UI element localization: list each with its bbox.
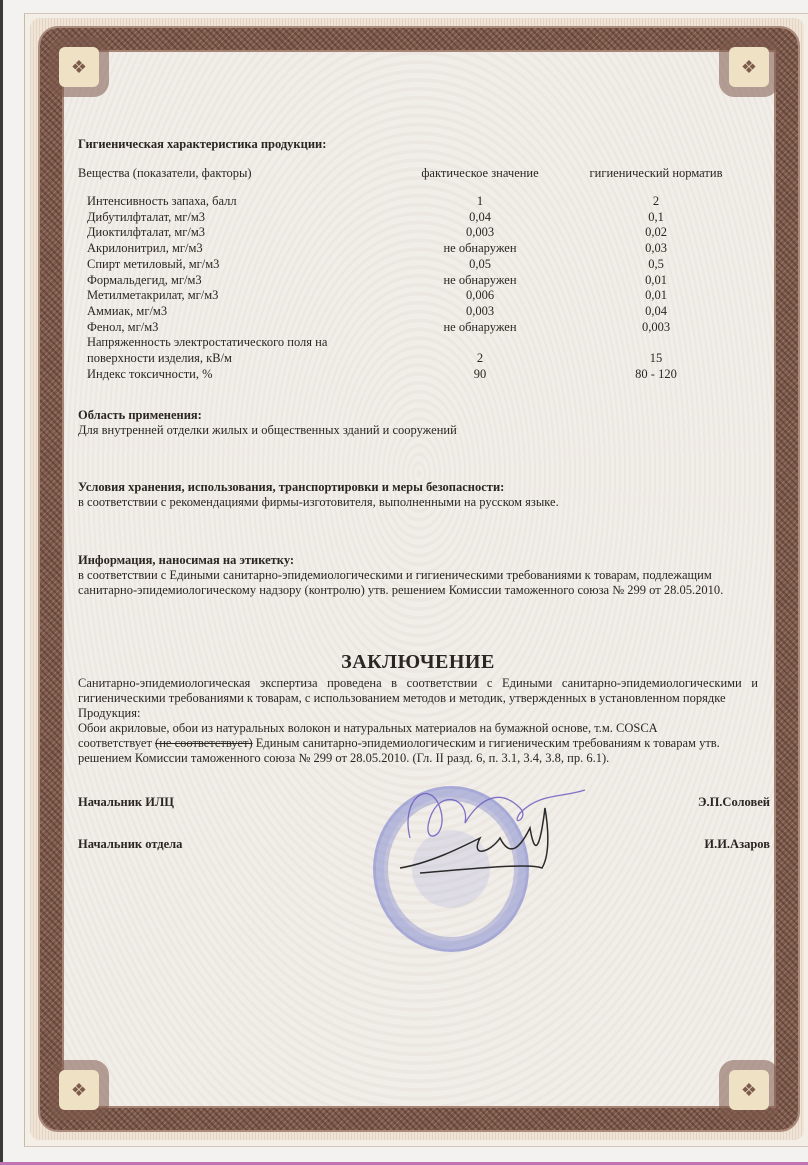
- signatory-role-2: Начальник отдела: [78, 837, 182, 851]
- rosette-ornament-icon: ❖: [741, 1081, 757, 1099]
- compliance-status: соответствует: [78, 736, 155, 750]
- norm-value-cell: 80 - 120: [576, 367, 736, 381]
- substance-cell: Напряженность электростатического поля н…: [87, 335, 327, 349]
- column-header-substance: Вещества (показатели, факторы): [78, 166, 252, 180]
- substance-cell: Индекс токсичности, %: [87, 367, 213, 381]
- application-title: Область применения:: [78, 408, 202, 422]
- table-row: Спирт метиловый, мг/м30,050,5: [78, 257, 758, 272]
- conclusion-line-6: решением Комиссии таможенного союза № 29…: [78, 751, 609, 765]
- column-header-actual: фактическое значение: [400, 166, 560, 180]
- norm-value-cell: 15: [576, 351, 736, 365]
- substance-cell: поверхности изделия, кВ/м: [87, 351, 232, 365]
- norm-value-cell: 0,01: [576, 288, 736, 302]
- storage-title: Условия хранения, использования, транспо…: [78, 480, 504, 494]
- substance-cell: Дибутилфталат, мг/м3: [87, 210, 205, 224]
- corner-rosette-bottom-right: ❖: [704, 1045, 794, 1135]
- table-row: Фенол, мг/м3не обнаружен0,003: [78, 320, 758, 335]
- substance-cell: Формальдегид, мг/м3: [87, 273, 202, 287]
- actual-value-cell: не обнаружен: [400, 320, 560, 334]
- norm-value-cell: 0,1: [576, 210, 736, 224]
- actual-value-cell: 0,003: [400, 304, 560, 318]
- table-row: Интенсивность запаха, балл12: [78, 194, 758, 209]
- rosette-ornament-icon: ❖: [71, 58, 87, 76]
- corner-rosette-bottom-left: ❖: [34, 1045, 124, 1135]
- actual-value-cell: 0,006: [400, 288, 560, 302]
- struck-noncompliance: (не соответствует): [155, 736, 253, 750]
- substance-cell: Акрилонитрил, мг/м3: [87, 241, 203, 255]
- actual-value-cell: 1: [400, 194, 560, 208]
- conclusion-line-1: Санитарно-эпидемиологическая экспертиза …: [78, 676, 758, 690]
- signature-icon: [370, 768, 630, 898]
- label-info-line-2: санитарно-эпидемиологическому надзору (к…: [78, 583, 723, 597]
- column-header-norm: гигиенический норматив: [576, 166, 736, 180]
- actual-value-cell: 90: [400, 367, 560, 381]
- table-row: Акрилонитрил, мг/м3не обнаружен0,03: [78, 241, 758, 256]
- substance-cell: Аммиак, мг/м3: [87, 304, 167, 318]
- hygiene-section-title: Гигиеническая характеристика продукции:: [78, 137, 326, 151]
- table-row: Формальдегид, мг/м3не обнаружен0,01: [78, 273, 758, 288]
- norm-value-cell: 0,03: [576, 241, 736, 255]
- table-row: Диоктилфталат, мг/м30,0030,02: [78, 225, 758, 240]
- table-row: Напряженность электростатического поля н…: [78, 335, 758, 350]
- substance-cell: Фенол, мг/м3: [87, 320, 158, 334]
- table-row: Индекс токсичности, %9080 - 120: [78, 367, 758, 382]
- table-row: Метилметакрилат, мг/м30,0060,01: [78, 288, 758, 303]
- norm-value-cell: 0,01: [576, 273, 736, 287]
- table-row: Дибутилфталат, мг/м30,040,1: [78, 210, 758, 225]
- conclusion-line-3: Продукция:: [78, 706, 140, 720]
- signatory-role-1: Начальник ИЛЦ: [78, 795, 174, 809]
- norm-value-cell: 2: [576, 194, 736, 208]
- conclusion-line-5: соответствует (не соответствует) Единым …: [78, 736, 720, 750]
- actual-value-cell: 0,05: [400, 257, 560, 271]
- substance-cell: Интенсивность запаха, балл: [87, 194, 237, 208]
- rosette-ornament-icon: ❖: [71, 1081, 87, 1099]
- conclusion-line-2: гигиеническими требованиями к товарам, с…: [78, 691, 726, 705]
- norm-value-cell: 0,02: [576, 225, 736, 239]
- application-text: Для внутренней отделки жилых и обществен…: [78, 423, 457, 437]
- substance-cell: Диоктилфталат, мг/м3: [87, 225, 205, 239]
- norm-value-cell: 0,003: [576, 320, 736, 334]
- actual-value-cell: не обнаружен: [400, 273, 560, 287]
- corner-rosette-top-right: ❖: [704, 22, 794, 112]
- label-info-title: Информация, наносимая на этикетку:: [78, 553, 294, 567]
- actual-value-cell: не обнаружен: [400, 241, 560, 255]
- corner-rosette-top-left: ❖: [34, 22, 124, 112]
- substance-cell: Метилметакрилат, мг/м3: [87, 288, 218, 302]
- conclusion-title: ЗАКЛЮЧЕНИЕ: [78, 655, 758, 669]
- compliance-reference: Единым санитарно-эпидемиологическим и ги…: [253, 736, 720, 750]
- table-header-row: Вещества (показатели, факторы) фактическ…: [78, 166, 758, 181]
- norm-value-cell: 0,04: [576, 304, 736, 318]
- signatory-name-1: Э.П.Соловей: [698, 795, 770, 809]
- norm-value-cell: 0,5: [576, 257, 736, 271]
- rosette-ornament-icon: ❖: [741, 58, 757, 76]
- table-row: поверхности изделия, кВ/м215: [78, 351, 758, 366]
- label-info-line-1: в соответствии с Едиными санитарно-эпиде…: [78, 568, 712, 582]
- actual-value-cell: 2: [400, 351, 560, 365]
- conclusion-line-4: Обои акриловые, обои из натуральных воло…: [78, 721, 658, 735]
- table-row: Аммиак, мг/м30,0030,04: [78, 304, 758, 319]
- actual-value-cell: 0,003: [400, 225, 560, 239]
- actual-value-cell: 0,04: [400, 210, 560, 224]
- substance-cell: Спирт метиловый, мг/м3: [87, 257, 219, 271]
- scan-edge-shadow: [0, 0, 3, 1165]
- storage-text: в соответствии с рекомендациями фирмы-из…: [78, 495, 559, 509]
- signatory-name-2: И.И.Азаров: [704, 837, 770, 851]
